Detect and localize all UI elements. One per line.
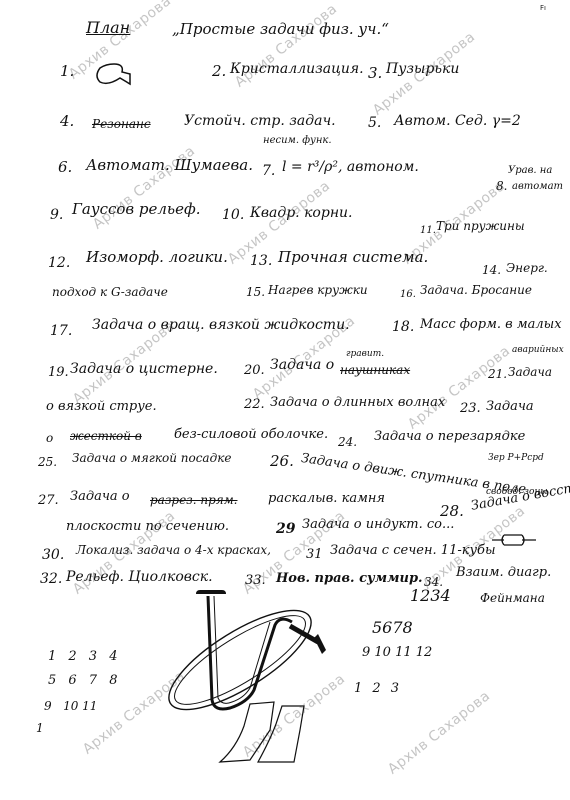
twisted-band-drawing	[0, 0, 570, 800]
manuscript-page: Fı Архив Сахарова Архив Сахарова Архив С…	[0, 0, 570, 800]
